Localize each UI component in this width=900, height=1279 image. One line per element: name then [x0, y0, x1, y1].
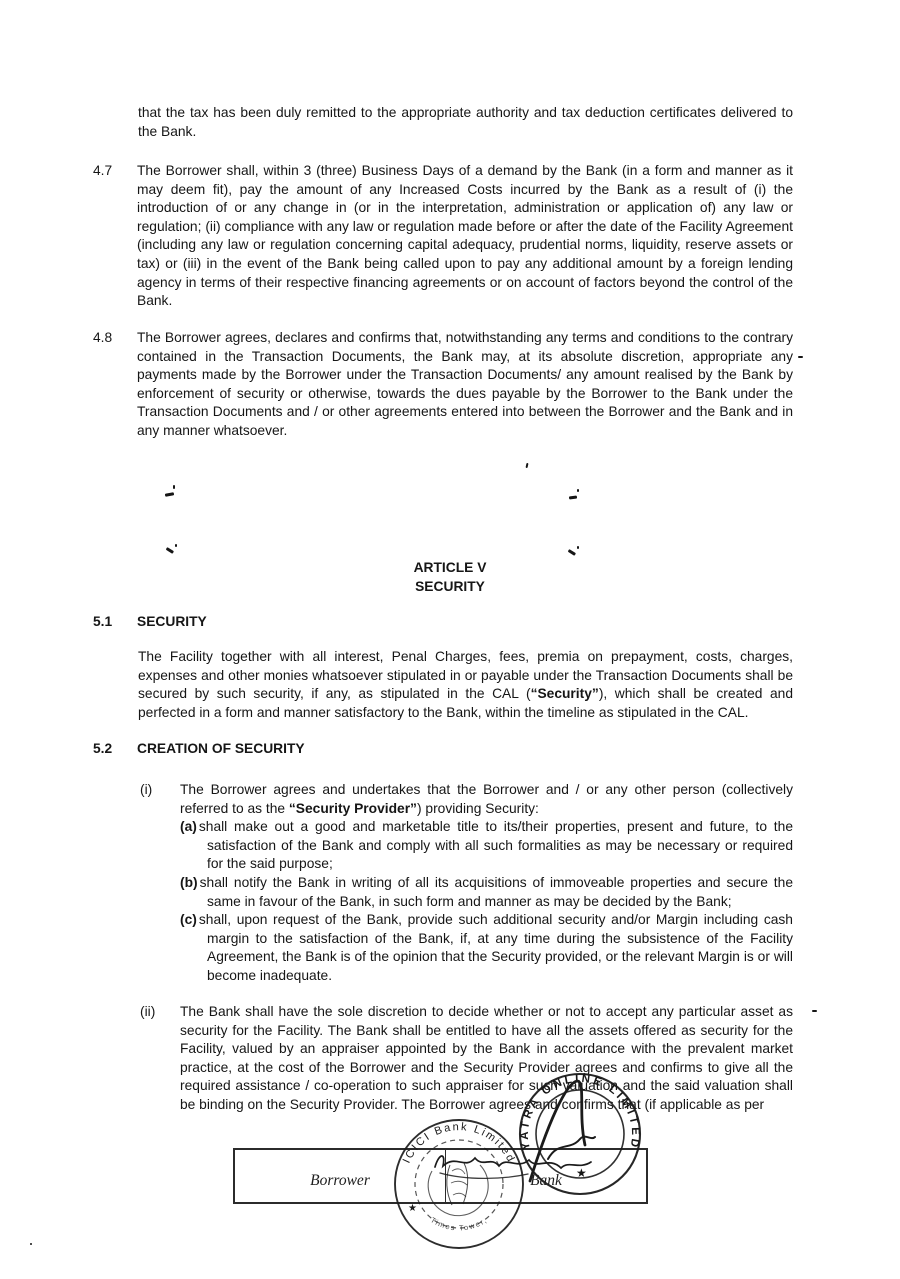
article-heading: ARTICLE V SECURITY — [0, 559, 900, 596]
svg-text:Times Tower,: Times Tower, — [429, 1215, 489, 1232]
section-number: 4.7 — [93, 162, 137, 311]
yatra-signature-stroke — [548, 1137, 595, 1159]
sub-item-marker: (c) — [180, 912, 197, 927]
defined-term-security: “Security” — [531, 686, 599, 701]
sub-item-a: (a)shall make out a good and marketable … — [180, 818, 793, 874]
scan-artifact — [568, 549, 576, 555]
section-number: 4.8 — [93, 329, 137, 441]
section-5-2-heading: 5.2 CREATION OF SECURITY — [93, 740, 793, 759]
icici-stamp-ring-text: ICICI Bank Limited — [401, 1121, 518, 1165]
sub-item-marker: (a) — [180, 819, 197, 834]
paragraph-continuation: that the tax has been duly remitted to t… — [138, 104, 793, 141]
section-4-8: 4.8 The Borrower agrees, declares and co… — [93, 329, 793, 441]
document-page: that the tax has been duly remitted to t… — [0, 0, 900, 1279]
scan-artifact — [577, 489, 579, 492]
svg-text:ICICI Bank Limited: ICICI Bank Limited — [401, 1121, 518, 1165]
scan-artifact — [175, 544, 177, 547]
intro-text-part: ) providing Security: — [417, 801, 539, 816]
sub-item-text: shall make out a good and marketable tit… — [197, 819, 793, 871]
section-5-1-body: The Facility together with all interest,… — [138, 648, 793, 722]
clause-marker: (ii) — [140, 1003, 180, 1115]
scan-artifact — [173, 485, 175, 489]
section-heading: SECURITY — [137, 613, 793, 632]
scan-artifact — [812, 1010, 817, 1012]
scan-artifact — [569, 495, 577, 499]
section-text: The Borrower agrees, declares and confir… — [137, 329, 793, 441]
icici-stamp-bottom-text: Times Tower, — [429, 1215, 489, 1232]
clause-intro: The Borrower agrees and undertakes that … — [180, 781, 793, 818]
icici-bank-stamp: ICICI Bank Limited Times Tower, ★ — [395, 1120, 523, 1248]
sub-item-c: (c)shall, upon request of the Bank, prov… — [180, 911, 793, 985]
stamps-and-signatures: ICICI Bank Limited Times Tower, ★ YATRA … — [380, 1053, 670, 1279]
clause-marker: (i) — [140, 781, 180, 986]
icici-stamp-star-icon: ★ — [408, 1203, 417, 1214]
section-number: 5.1 — [93, 613, 137, 632]
defined-term-security-provider: “Security Provider” — [289, 801, 417, 816]
sub-item-text: shall, upon request of the Bank, provide… — [197, 912, 793, 983]
article-heading-line2: SECURITY — [0, 578, 900, 597]
yatra-online-stamp: YATRA ONLINE LIMITED ★ — [519, 1073, 641, 1194]
sub-item-marker: (b) — [180, 875, 198, 890]
article-heading-line1: ARTICLE V — [0, 559, 900, 578]
yatra-stamp-star-icon: ★ — [576, 1166, 587, 1180]
scan-artifact — [798, 356, 803, 358]
scan-artifact — [30, 1243, 32, 1245]
section-4-7: 4.7 The Borrower shall, within 3 (three)… — [93, 162, 793, 311]
section-number: 5.2 — [93, 740, 137, 759]
scan-artifact — [526, 463, 529, 468]
scan-artifact — [577, 546, 579, 549]
borrower-label: Borrower — [310, 1172, 370, 1191]
sub-item-text: shall notify the Bank in writing of all … — [198, 875, 793, 909]
clause-item-i: (i) The Borrower agrees and undertakes t… — [140, 781, 793, 986]
scan-artifact — [166, 547, 174, 553]
section-heading: CREATION OF SECURITY — [137, 740, 793, 759]
section-5-1-heading: 5.1 SECURITY — [93, 613, 793, 632]
scan-artifact — [165, 492, 174, 497]
sub-item-b: (b)shall notify the Bank in writing of a… — [180, 874, 793, 911]
section-text: The Borrower shall, within 3 (three) Bus… — [137, 162, 793, 311]
